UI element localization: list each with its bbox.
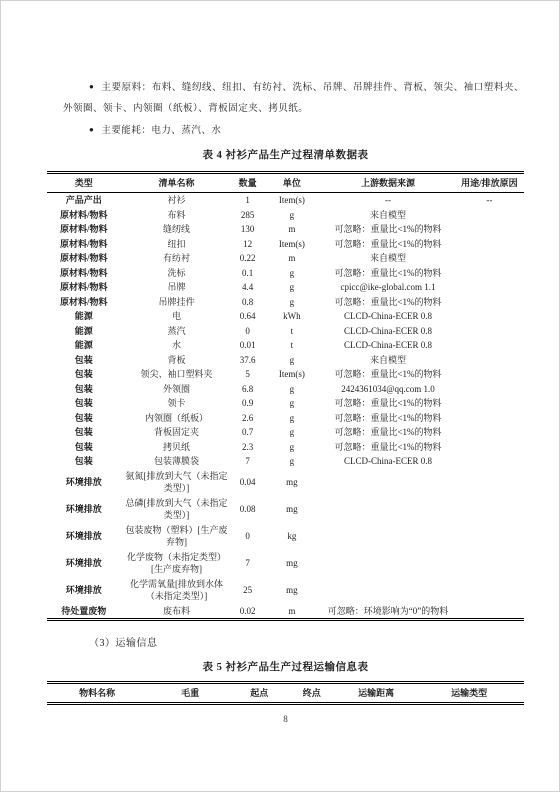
table-row: 原材料/物料布料285g来自模型 (47, 208, 524, 223)
table-cell: 可忽略：重量比<1%的物料 (321, 237, 455, 252)
section-transport-info-label: （3）运输信息 (63, 634, 524, 654)
page-number: 8 (47, 714, 524, 724)
table-cell: 0.64 (233, 309, 263, 324)
table-row: 环境排放化学废物（未指定类型）[生产废弃物]7mg (47, 550, 524, 577)
table-cell: 0.02 (233, 604, 263, 620)
table-cell: m (263, 604, 322, 620)
table-cell (321, 577, 455, 604)
table-cell: 0.22 (233, 251, 263, 266)
table-cell: CLCD-China-ECER 0.8 (321, 324, 455, 339)
cell-type: 环境排放 (47, 496, 120, 523)
column-header-quantity: 数量 (233, 173, 263, 193)
table-cell: g (263, 353, 322, 368)
table-row: 包装外领圈6.8g2424361034@qq.com 1.0 (47, 382, 524, 397)
table-cell (455, 496, 524, 523)
table-cell: 4.4 (233, 280, 263, 295)
cell-type: 产品产出 (47, 193, 120, 208)
table-cell: 37.6 (233, 353, 263, 368)
table-cell: 洗标 (120, 266, 232, 281)
table-cell: 0 (233, 324, 263, 339)
table-cell: 2.3 (233, 440, 263, 455)
table-cell (455, 353, 524, 368)
table-row: 原材料/物料吊牌4.4gcpicc@ike-global.com 1.1 (47, 280, 524, 295)
table-cell: g (263, 266, 322, 281)
cell-type: 包装 (47, 454, 120, 469)
cell-type: 包装 (47, 425, 120, 440)
cell-type: 包装 (47, 440, 120, 455)
column-header-transport-distance: 运输距离 (338, 683, 414, 704)
table4-header: 类型 清单名称 数量 单位 上游数据来源 用途/排放原因 (47, 173, 524, 193)
table-cell: 纽扣 (120, 237, 232, 252)
cell-type: 原材料/物料 (47, 266, 120, 281)
table-cell: 废布料 (120, 604, 232, 620)
table-cell (455, 550, 524, 577)
table-row: 环境排放氨氮[排放到大气（未指定类型）]0.04mg (47, 469, 524, 496)
table-cell: g (263, 280, 322, 295)
table-cell: kWh (263, 309, 322, 324)
table-cell: 0.08 (233, 496, 263, 523)
bullet-icon: ● (89, 82, 94, 91)
table-cell: 吊牌挂件 (120, 295, 232, 310)
table-cell: 可忽略：重量比<1%的物料 (321, 411, 455, 426)
table-cell: 可忽略：重量比<1%的物料 (321, 396, 455, 411)
column-header-origin: 起点 (233, 683, 285, 704)
table-cell (455, 295, 524, 310)
table-cell: g (263, 440, 322, 455)
cell-type: 包装 (47, 396, 120, 411)
table-cell: mg (263, 469, 322, 496)
table-cell: -- (321, 193, 455, 208)
table-cell: 5 (233, 367, 263, 382)
table-cell (455, 237, 524, 252)
table-row: 包装背板固定夹0.7g可忽略：重量比<1%的物料 (47, 425, 524, 440)
table-cell: 领尖、袖口塑料夹 (120, 367, 232, 382)
table-cell (455, 577, 524, 604)
table-cell: m (263, 222, 322, 237)
table-cell: 总磷[排放到大气（未指定类型）] (120, 496, 232, 523)
table-cell: 7 (233, 550, 263, 577)
table-cell (455, 604, 524, 620)
table-cell: 0.8 (233, 295, 263, 310)
cell-type: 原材料/物料 (47, 251, 120, 266)
main-energy-text: 主要能耗：电力、蒸汽、水 (101, 126, 221, 136)
document-page: ●主要原料：布料、缝纫线、纽扣、有纺衬、洗标、吊牌、吊牌挂件、背板、领尖、袖口塑… (0, 0, 560, 792)
table-cell: cpicc@ike-global.com 1.1 (321, 280, 455, 295)
table-cell: 拷贝纸 (120, 440, 232, 455)
table-cell: 背板 (120, 353, 232, 368)
table-row: 待处置废物废布料0.02m可忽略：环境影响为“0”的物料 (47, 604, 524, 620)
table-cell: t (263, 338, 322, 353)
cell-type: 包装 (47, 367, 120, 382)
table-cell: 内领圈（纸板） (120, 411, 232, 426)
table-cell: mg (263, 496, 322, 523)
table-row: 包装拷贝纸2.3g可忽略：重量比<1%的物料 (47, 440, 524, 455)
table-cell: g (263, 425, 322, 440)
table4-inventory-data: 类型 清单名称 数量 单位 上游数据来源 用途/排放原因 产品产出衬衫1Item… (47, 171, 524, 621)
table-cell: 0.7 (233, 425, 263, 440)
table-row: 能源蒸汽0tCLCD-China-ECER 0.8 (47, 324, 524, 339)
table-cell (321, 550, 455, 577)
table-row: 原材料/物料有纺衬0.22m来自模型 (47, 251, 524, 266)
table-row: 包装领卡0.9g可忽略：重量比<1%的物料 (47, 396, 524, 411)
cell-type: 待处置废物 (47, 604, 120, 620)
table-cell (321, 523, 455, 550)
column-header-unit: 单位 (263, 173, 322, 193)
cell-type: 能源 (47, 324, 120, 339)
table-row: 原材料/物料缝纫线130m可忽略：重量比<1%的物料 (47, 222, 524, 237)
table-cell: 电 (120, 309, 232, 324)
table-cell (455, 523, 524, 550)
table-cell: 来自模型 (321, 353, 455, 368)
table-cell: 包装废物（塑料）[生产废弃物] (120, 523, 232, 550)
table-cell (455, 208, 524, 223)
table-cell: t (263, 324, 322, 339)
table-cell: 可忽略：重量比<1%的物料 (321, 367, 455, 382)
table-row: 环境排放包装废物（塑料）[生产废弃物]0kg (47, 523, 524, 550)
table-cell (455, 367, 524, 382)
table4-body: 产品产出衬衫1Item(s)----原材料/物料布料285g来自模型原材料/物料… (47, 193, 524, 620)
table-cell: 可忽略：重量比<1%的物料 (321, 222, 455, 237)
table-cell (455, 324, 524, 339)
table-cell: 2424361034@qq.com 1.0 (321, 382, 455, 397)
cell-type: 原材料/物料 (47, 280, 120, 295)
table-cell (455, 251, 524, 266)
table-row: 产品产出衬衫1Item(s)---- (47, 193, 524, 208)
table-cell (455, 440, 524, 455)
table-cell: 0 (233, 523, 263, 550)
paragraph-main-materials: ●主要原料：布料、缝纫线、纽扣、有纺衬、洗标、吊牌、吊牌挂件、背板、领尖、袖口塑… (63, 77, 524, 120)
cell-type: 环境排放 (47, 469, 120, 496)
table5-title: 表 5 衬衫产品生产过程运输信息表 (47, 659, 524, 677)
table-row: 包装领尖、袖口塑料夹5Item(s)可忽略：重量比<1%的物料 (47, 367, 524, 382)
table-cell (455, 469, 524, 496)
table-cell: 0.1 (233, 266, 263, 281)
table-cell: 0.04 (233, 469, 263, 496)
table-cell: 布料 (120, 208, 232, 223)
table-row: 原材料/物料吊牌挂件0.8g可忽略：重量比<1%的物料 (47, 295, 524, 310)
table-cell: Item(s) (263, 367, 322, 382)
table-row: 包装背板37.6g来自模型 (47, 353, 524, 368)
table-cell: mg (263, 577, 322, 604)
table-cell: 可忽略：重量比<1%的物料 (321, 425, 455, 440)
column-header-transport-type: 运输类型 (414, 683, 524, 704)
cell-type: 环境排放 (47, 523, 120, 550)
table-cell (455, 396, 524, 411)
cell-type: 能源 (47, 338, 120, 353)
table-cell: CLCD-China-ECER 0.8 (321, 338, 455, 353)
cell-type: 原材料/物料 (47, 222, 120, 237)
table-row: 能源水0.01tCLCD-China-ECER 0.8 (47, 338, 524, 353)
table-cell: g (263, 454, 322, 469)
table5-header-row: 物料名称 毛重 起点 终点 运输距离 运输类型 (47, 683, 524, 704)
table-cell: 1 (233, 193, 263, 208)
table-cell: mg (263, 550, 322, 577)
column-header-gross-weight: 毛重 (147, 683, 233, 704)
table-cell (455, 411, 524, 426)
column-header-upstream-source: 上游数据来源 (321, 173, 455, 193)
table-cell: 化学需氧量[排放到水体（未指定类型）] (120, 577, 232, 604)
cell-type: 能源 (47, 309, 120, 324)
table-cell: m (263, 251, 322, 266)
table-cell: 12 (233, 237, 263, 252)
table-cell: 氨氮[排放到大气（未指定类型）] (120, 469, 232, 496)
cell-type: 包装 (47, 382, 120, 397)
table-cell: CLCD-China-ECER 0.8 (321, 454, 455, 469)
table-cell (455, 454, 524, 469)
table-cell (321, 496, 455, 523)
table-cell: 可忽略：重量比<1%的物料 (321, 440, 455, 455)
column-header-type: 类型 (47, 173, 120, 193)
table-row: 包装内领圈（纸板）2.6g可忽略：重量比<1%的物料 (47, 411, 524, 426)
table4-title: 表 4 衬衫产品生产过程清单数据表 (47, 147, 524, 165)
table-cell: kg (263, 523, 322, 550)
table-cell (455, 266, 524, 281)
table-row: 环境排放化学需氧量[排放到水体（未指定类型）]25mg (47, 577, 524, 604)
table-row: 环境排放总磷[排放到大气（未指定类型）]0.08mg (47, 496, 524, 523)
cell-type: 环境排放 (47, 550, 120, 577)
table-cell (321, 469, 455, 496)
table-cell: 衬衫 (120, 193, 232, 208)
column-header-material-name: 物料名称 (47, 683, 147, 704)
table-cell: 外领圈 (120, 382, 232, 397)
column-header-item-name: 清单名称 (120, 173, 232, 193)
table-cell: 来自模型 (321, 251, 455, 266)
table-row: 原材料/物料纽扣12Item(s)可忽略：重量比<1%的物料 (47, 237, 524, 252)
table-cell: Item(s) (263, 237, 322, 252)
table-cell (455, 338, 524, 353)
table-cell: 6.8 (233, 382, 263, 397)
table-row: 能源电0.64kWhCLCD-China-ECER 0.8 (47, 309, 524, 324)
paragraph-main-energy: ●主要能耗：电力、蒸汽、水 (63, 120, 524, 142)
table-row: 包装包装薄膜袋7gCLCD-China-ECER 0.8 (47, 454, 524, 469)
table-cell: 领卡 (120, 396, 232, 411)
table5-transport-info: 物料名称 毛重 起点 终点 运输距离 运输类型 (47, 681, 524, 705)
table-cell: 0.01 (233, 338, 263, 353)
table-cell: 水 (120, 338, 232, 353)
column-header-usage-reason: 用途/排放原因 (455, 173, 524, 193)
table-cell: Item(s) (263, 193, 322, 208)
table-cell (455, 425, 524, 440)
column-header-destination: 终点 (285, 683, 337, 704)
table-cell: 包装薄膜袋 (120, 454, 232, 469)
table-cell: 缝纫线 (120, 222, 232, 237)
bullet-icon: ● (89, 125, 94, 134)
table5-header: 物料名称 毛重 起点 终点 运输距离 运输类型 (47, 683, 524, 704)
table-cell: 化学废物（未指定类型）[生产废弃物] (120, 550, 232, 577)
cell-type: 原材料/物料 (47, 295, 120, 310)
cell-type: 包装 (47, 353, 120, 368)
table-cell (455, 309, 524, 324)
table-cell: 130 (233, 222, 263, 237)
table-cell: 蒸汽 (120, 324, 232, 339)
table-cell: 可忽略：重量比<1%的物料 (321, 266, 455, 281)
table-cell (455, 222, 524, 237)
table-row: 原材料/物料洗标0.1g可忽略：重量比<1%的物料 (47, 266, 524, 281)
table-cell: g (263, 396, 322, 411)
table4-header-row: 类型 清单名称 数量 单位 上游数据来源 用途/排放原因 (47, 173, 524, 193)
table-cell: 有纺衬 (120, 251, 232, 266)
table-cell: 7 (233, 454, 263, 469)
cell-type: 原材料/物料 (47, 237, 120, 252)
cell-type: 包装 (47, 411, 120, 426)
table-cell: g (263, 411, 322, 426)
table-cell: 2.6 (233, 411, 263, 426)
table-cell (455, 382, 524, 397)
table-cell: g (263, 382, 322, 397)
table-cell: 吊牌 (120, 280, 232, 295)
table-cell: 背板固定夹 (120, 425, 232, 440)
table-cell: g (263, 295, 322, 310)
cell-type: 原材料/物料 (47, 208, 120, 223)
table-cell: -- (455, 193, 524, 208)
table-cell: 0.9 (233, 396, 263, 411)
table-cell: 285 (233, 208, 263, 223)
table-cell: 可忽略：重量比<1%的物料 (321, 295, 455, 310)
cell-type: 环境排放 (47, 577, 120, 604)
main-materials-text: 主要原料：布料、缝纫线、纽扣、有纺衬、洗标、吊牌、吊牌挂件、背板、领尖、袖口塑料… (63, 83, 524, 114)
table-cell: g (263, 208, 322, 223)
table-cell: 25 (233, 577, 263, 604)
table-cell (455, 280, 524, 295)
table-cell: 可忽略：环境影响为“0”的物料 (321, 604, 455, 620)
table-cell: CLCD-China-ECER 0.8 (321, 309, 455, 324)
table-cell: 来自模型 (321, 208, 455, 223)
